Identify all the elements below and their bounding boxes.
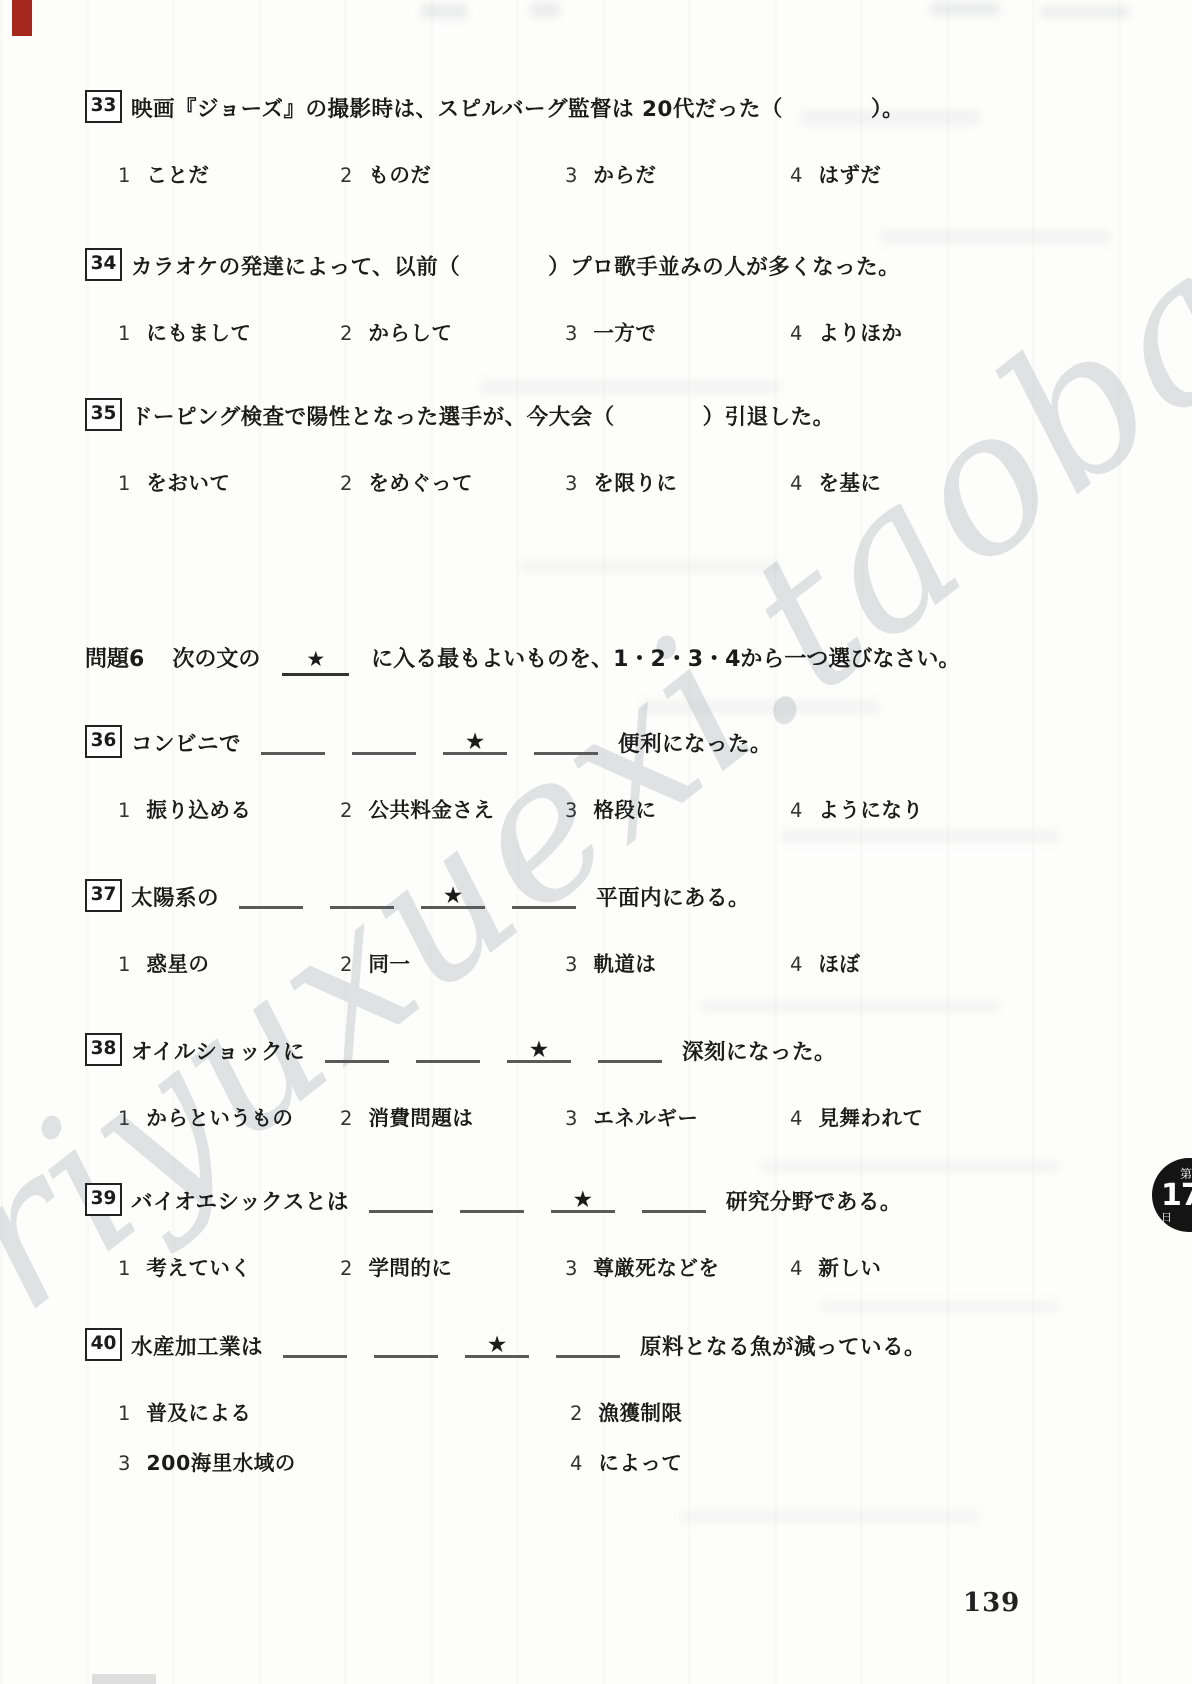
question-number-box: 39 [85,1183,122,1216]
option-label: 消費問題は [368,1101,473,1131]
question-text-post: 深刻になった。 [682,1037,836,1068]
option-label: 軌道は [593,947,656,977]
option-2: 2ものだ [340,158,565,188]
question-stem: 36 コンビニで ★ 便利になった。 [85,722,1125,760]
question-stem: 38 オイルショックに ★ 深刻になった。 [85,1030,1125,1068]
option-2: 2消費問題は [340,1101,565,1131]
question-text-post: 原料となる魚が減っている。 [640,1332,926,1363]
question-number-box: 36 [85,725,122,758]
options-row: 1にもまして 2からして 3一方で 4よりほか [85,316,1125,346]
option-number: 2 [340,953,352,976]
option-label: 漁獲制限 [598,1396,682,1426]
answer-blanks: ★ [261,722,598,760]
option-number: 3 [565,472,577,495]
question-number-box: 35 [85,398,122,431]
question-text-post: 便利になった。 [618,729,772,760]
question-33: 33 映画『ジョーズ』の撮影時は、スピルバーグ監督は 20代だった（ ）。 1こ… [85,90,1125,188]
option-number: 1 [118,1257,130,1280]
question-37: 37 太陽系の ★ 平面内にある。 1惑星の 2同一 3軌道は 4ほぼ [85,876,1125,977]
option-4: 4はずだ [790,158,1125,188]
option-number: 2 [340,799,352,822]
option-2: 2同一 [340,947,565,977]
option-label: をめぐって [368,466,473,496]
option-3: 3からだ [565,158,790,188]
question-40: 40 水産加工業は ★ 原料となる魚が減っている。 1普及による 2漁獲制限 3… [85,1325,1125,1476]
option-number: 1 [118,1402,130,1425]
question-text-pre: コンビニで [131,729,241,760]
blank-4 [534,722,598,755]
option-number: 2 [570,1402,582,1425]
options-grid: 1普及による 2漁獲制限 3200海里水域の 4によって [85,1396,1125,1476]
option-number: 2 [340,164,352,187]
blank-4 [642,1180,706,1213]
option-4: 4ようになり [790,793,1125,823]
blank-3-star: ★ [421,876,485,909]
star-mark: ★ [573,1189,594,1212]
option-label: 惑星の [146,947,209,977]
day-badge-number: 17 [1161,1181,1192,1211]
question-text: ドーピング検査で陽性となった選手が、今大会（ ）引退した。 [131,402,835,433]
blank-2 [330,876,394,909]
answer-blanks: ★ [369,1180,706,1218]
option-2: 2漁獲制限 [570,1396,1125,1426]
option-number: 1 [118,164,130,187]
option-label: 一方で [593,316,656,346]
star-mark: ★ [282,647,349,676]
option-number: 1 [118,799,130,822]
options-row: 1惑星の 2同一 3軌道は 4ほぼ [85,947,1125,977]
option-4: 4よりほか [790,316,1125,346]
option-label: 考えていく [146,1251,251,1281]
option-4: 4ほぼ [790,947,1125,977]
blank-2 [374,1325,438,1358]
blank-3-star: ★ [443,722,507,755]
question-36: 36 コンビニで ★ 便利になった。 1振り込める 2公共料金さえ 3格段に 4… [85,722,1125,823]
options-row: 1ことだ 2ものだ 3からだ 4はずだ [85,158,1125,188]
question-number-box: 33 [85,90,122,123]
option-label: を限りに [593,466,677,496]
blank-3-star: ★ [507,1030,571,1063]
blank-1 [325,1030,389,1063]
bleedthrough-fragment [930,2,1000,16]
bleedthrough-fragment [680,1510,980,1523]
bleedthrough-fragment [530,2,560,18]
question-text-post: 研究分野である。 [726,1187,902,1218]
option-number: 4 [570,1452,582,1475]
question-number-box: 37 [85,879,122,912]
option-label: 200海里水域の [146,1446,295,1476]
option-label: 普及による [146,1396,251,1426]
option-label: 学問的に [368,1251,452,1281]
option-1: 1考えていく [118,1251,340,1281]
option-3: 3格段に [565,793,790,823]
question-stem: 33 映画『ジョーズ』の撮影時は、スピルバーグ監督は 20代だった（ ）。 [85,90,1125,125]
option-number: 3 [565,322,577,345]
option-2: 2公共料金さえ [340,793,565,823]
option-1: 1惑星の [118,947,340,977]
question-stem: 37 太陽系の ★ 平面内にある。 [85,876,1125,914]
bleedthrough-fragment [480,380,780,394]
option-3: 3一方で [565,316,790,346]
option-number: 3 [565,1257,577,1280]
question-39: 39 バイオエシックスとは ★ 研究分野である。 1考えていく 2学問的に 3尊… [85,1180,1125,1281]
answer-blanks: ★ [239,876,576,914]
question-34: 34 カラオケの発達によって、以前（ ）プロ歌手並みの人が多くなった。 1にもま… [85,248,1125,346]
option-label: 見舞われて [818,1101,923,1131]
blank-1 [283,1325,347,1358]
bleedthrough-fragment [880,230,1110,244]
blank-3-star: ★ [465,1325,529,1358]
question-text-pre: 太陽系の [131,883,219,914]
star-mark: ★ [529,1039,550,1062]
bleedthrough-fragment [820,1300,1060,1313]
option-label: 公共料金さえ [368,793,494,823]
question-number-box: 38 [85,1033,122,1066]
option-label: 新しい [818,1251,881,1281]
option-label: ものだ [368,158,431,188]
option-label: にもまして [146,316,251,346]
option-number: 4 [790,322,802,345]
option-3: 3200海里水域の [118,1446,570,1476]
question-35: 35 ドーピング検査で陽性となった選手が、今大会（ ）引退した。 1をおいて 2… [85,398,1125,496]
option-label: エネルギー [593,1101,698,1131]
option-number: 4 [790,799,802,822]
section-intro-pre: 次の文の [172,642,260,673]
option-number: 2 [340,472,352,495]
options-row: 1振り込める 2公共料金さえ 3格段に 4ようになり [85,793,1125,823]
scanned-test-page: riyuxuexi.taobao.com 33 映画『ジョーズ』の撮影時は、スピ… [0,0,1192,1684]
option-label: はずだ [818,158,881,188]
option-1: 1にもまして [118,316,340,346]
blank-1 [261,722,325,755]
option-number: 3 [565,164,577,187]
section-label: 問題6 [85,642,144,673]
option-label: からというもの [146,1101,293,1131]
option-label: 尊厳死などを [593,1251,719,1281]
blank-2 [352,722,416,755]
option-3: 3を限りに [565,466,790,496]
question-stem: 39 バイオエシックスとは ★ 研究分野である。 [85,1180,1125,1218]
option-number: 2 [340,322,352,345]
bottom-edge-fragment [92,1674,156,1684]
option-4: 4を基に [790,466,1125,496]
question-text: カラオケの発達によって、以前（ ）プロ歌手並みの人が多くなった。 [131,252,900,283]
blank-4 [556,1325,620,1358]
option-number: 4 [790,953,802,976]
bleedthrough-fragment [760,1160,1060,1173]
option-label: によって [598,1446,682,1476]
option-1: 1ことだ [118,158,340,188]
bleedthrough-fragment [520,560,780,574]
question-text-pre: バイオエシックスとは [131,1187,349,1218]
options-row: 1考えていく 2学問的に 3尊厳死などを 4新しい [85,1251,1125,1281]
option-label: からだ [593,158,656,188]
blank-4 [512,876,576,909]
option-number: 4 [790,472,802,495]
star-mark: ★ [443,885,464,908]
blank-2 [460,1180,524,1213]
option-number: 4 [790,1257,802,1280]
option-4: 4によって [570,1446,1125,1476]
bleedthrough-fragment [1040,6,1130,18]
blank-3-star: ★ [551,1180,615,1213]
answer-blanks: ★ [325,1030,662,1068]
option-label: を基に [818,466,881,496]
option-4: 4見舞われて [790,1101,1125,1131]
option-label: 振り込める [146,793,251,823]
option-number: 3 [565,953,577,976]
bleedthrough-fragment [780,830,1060,843]
option-3: 3軌道は [565,947,790,977]
option-3: 3尊厳死などを [565,1251,790,1281]
option-1: 1振り込める [118,793,340,823]
option-number: 1 [118,472,130,495]
day-17-badge: 第 17 日 [1152,1158,1192,1232]
option-label: よりほか [818,316,902,346]
bleedthrough-fragment [640,700,880,714]
question-text-post: 平面内にある。 [596,883,750,914]
option-number: 2 [340,1107,352,1130]
options-row: 1からというもの 2消費問題は 3エネルギー 4見舞われて [85,1101,1125,1131]
question-text-pre: オイルショックに [131,1037,305,1068]
option-label: ことだ [146,158,209,188]
option-label: ようになり [818,793,923,823]
option-number: 1 [118,322,130,345]
option-label: をおいて [146,466,230,496]
option-number: 3 [118,1452,130,1475]
option-label: 同一 [368,947,410,977]
option-4: 4新しい [790,1251,1125,1281]
answer-blanks: ★ [283,1325,620,1363]
option-number: 2 [340,1257,352,1280]
option-label: からして [368,316,452,346]
star-mark: ★ [487,1334,508,1357]
question-text-pre: 水産加工業は [131,1332,263,1363]
option-3: 3エネルギー [565,1101,790,1131]
option-number: 3 [565,1107,577,1130]
section-intro-post: に入る最もよいものを、1・2・3・4から一つ選びなさい。 [371,642,960,673]
section-6-heading: 問題6 次の文の ★ に入る最もよいものを、1・2・3・4から一つ選びなさい。 [85,642,1145,676]
option-2: 2をめぐって [340,466,565,496]
option-number: 1 [118,953,130,976]
blank-2 [416,1030,480,1063]
option-number: 3 [565,799,577,822]
option-number: 1 [118,1107,130,1130]
bleedthrough-fragment [420,4,468,18]
option-1: 1をおいて [118,466,340,496]
option-2: 2学問的に [340,1251,565,1281]
options-row: 1をおいて 2をめぐって 3を限りに 4を基に [85,466,1125,496]
option-2: 2からして [340,316,565,346]
question-number-box: 40 [85,1328,122,1361]
red-corner-mark [12,0,32,36]
question-stem: 40 水産加工業は ★ 原料となる魚が減っている。 [85,1325,1125,1363]
bleedthrough-fragment [700,1000,1000,1013]
page-number: 139 [963,1588,1020,1618]
question-stem: 34 カラオケの発達によって、以前（ ）プロ歌手並みの人が多くなった。 [85,248,1125,283]
blank-1 [369,1180,433,1213]
blank-4 [598,1030,662,1063]
question-text: 映画『ジョーズ』の撮影時は、スピルバーグ監督は 20代だった（ ）。 [131,94,904,125]
option-1: 1普及による [118,1396,570,1426]
option-1: 1からというもの [118,1101,340,1131]
day-badge-suffix: 日 [1161,1212,1172,1223]
question-38: 38 オイルショックに ★ 深刻になった。 1からというもの 2消費問題は 3エ… [85,1030,1125,1131]
option-number: 4 [790,164,802,187]
question-stem: 35 ドーピング検査で陽性となった選手が、今大会（ ）引退した。 [85,398,1125,433]
option-label: ほぼ [818,947,860,977]
question-number-box: 34 [85,248,122,281]
option-number: 4 [790,1107,802,1130]
blank-1 [239,876,303,909]
option-label: 格段に [593,793,656,823]
star-mark: ★ [465,731,486,754]
